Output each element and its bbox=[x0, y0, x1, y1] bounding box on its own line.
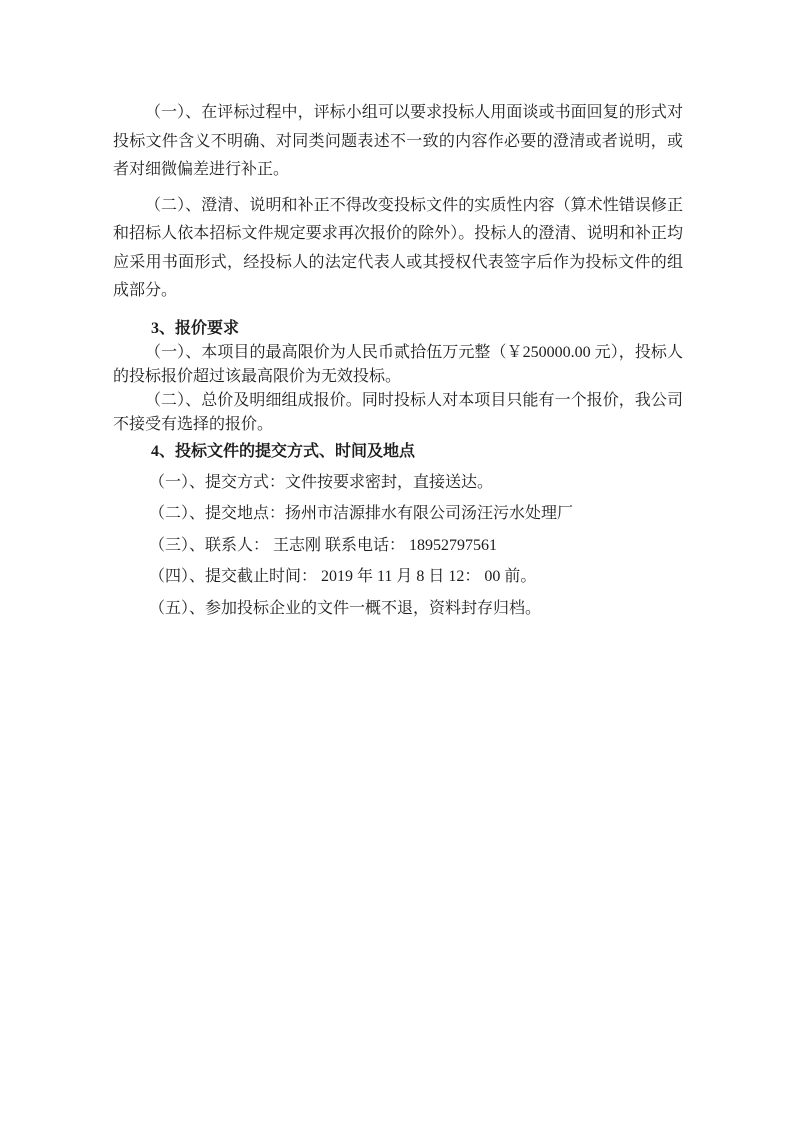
document-page: （一）、在评标过程中，评标小组可以要求投标人用面谈或书面回复的形式对投标文件含义… bbox=[0, 0, 793, 1122]
item-submission-location: （二）、提交地点：扬州市洁源排水有限公司汤汪污水处理厂 bbox=[113, 498, 683, 530]
paragraph-clarification-rules: （二）、澄清、说明和补正不得改变投标文件的实质性内容（算术性错误修正和招标人依本… bbox=[113, 192, 683, 306]
item-submission-method: （一）、提交方式：文件按要求密封，直接送达。 bbox=[113, 467, 683, 499]
section-heading-quotation-requirements: 3、报价要求 bbox=[113, 317, 683, 341]
section-heading-submission: 4、投标文件的提交方式、时间及地点 bbox=[113, 440, 683, 464]
item-documents-not-returned: （五）、参加投标企业的文件一概不退，资料封存归档。 bbox=[113, 593, 683, 625]
item-submission-deadline: （四）、提交截止时间： 2019 年 11 月 8 日 12： 00 前。 bbox=[113, 561, 683, 593]
submission-items-list: （一）、提交方式：文件按要求密封，直接送达。 （二）、提交地点：扬州市洁源排水有… bbox=[113, 467, 683, 625]
paragraph-single-quotation: （二）、总价及明细组成报价。同时投标人对本项目只能有一个报价，我公司不接受有选择… bbox=[113, 389, 683, 437]
paragraph-max-price: （一）、本项目的最高限价为人民币贰拾伍万元整（￥250000.00 元），投标人… bbox=[113, 341, 683, 389]
paragraph-clarification-process: （一）、在评标过程中，评标小组可以要求投标人用面谈或书面回复的形式对投标文件含义… bbox=[113, 99, 683, 185]
item-contact-person: （三）、联系人： 王志刚 联系电话： 18952797561 bbox=[113, 530, 683, 562]
